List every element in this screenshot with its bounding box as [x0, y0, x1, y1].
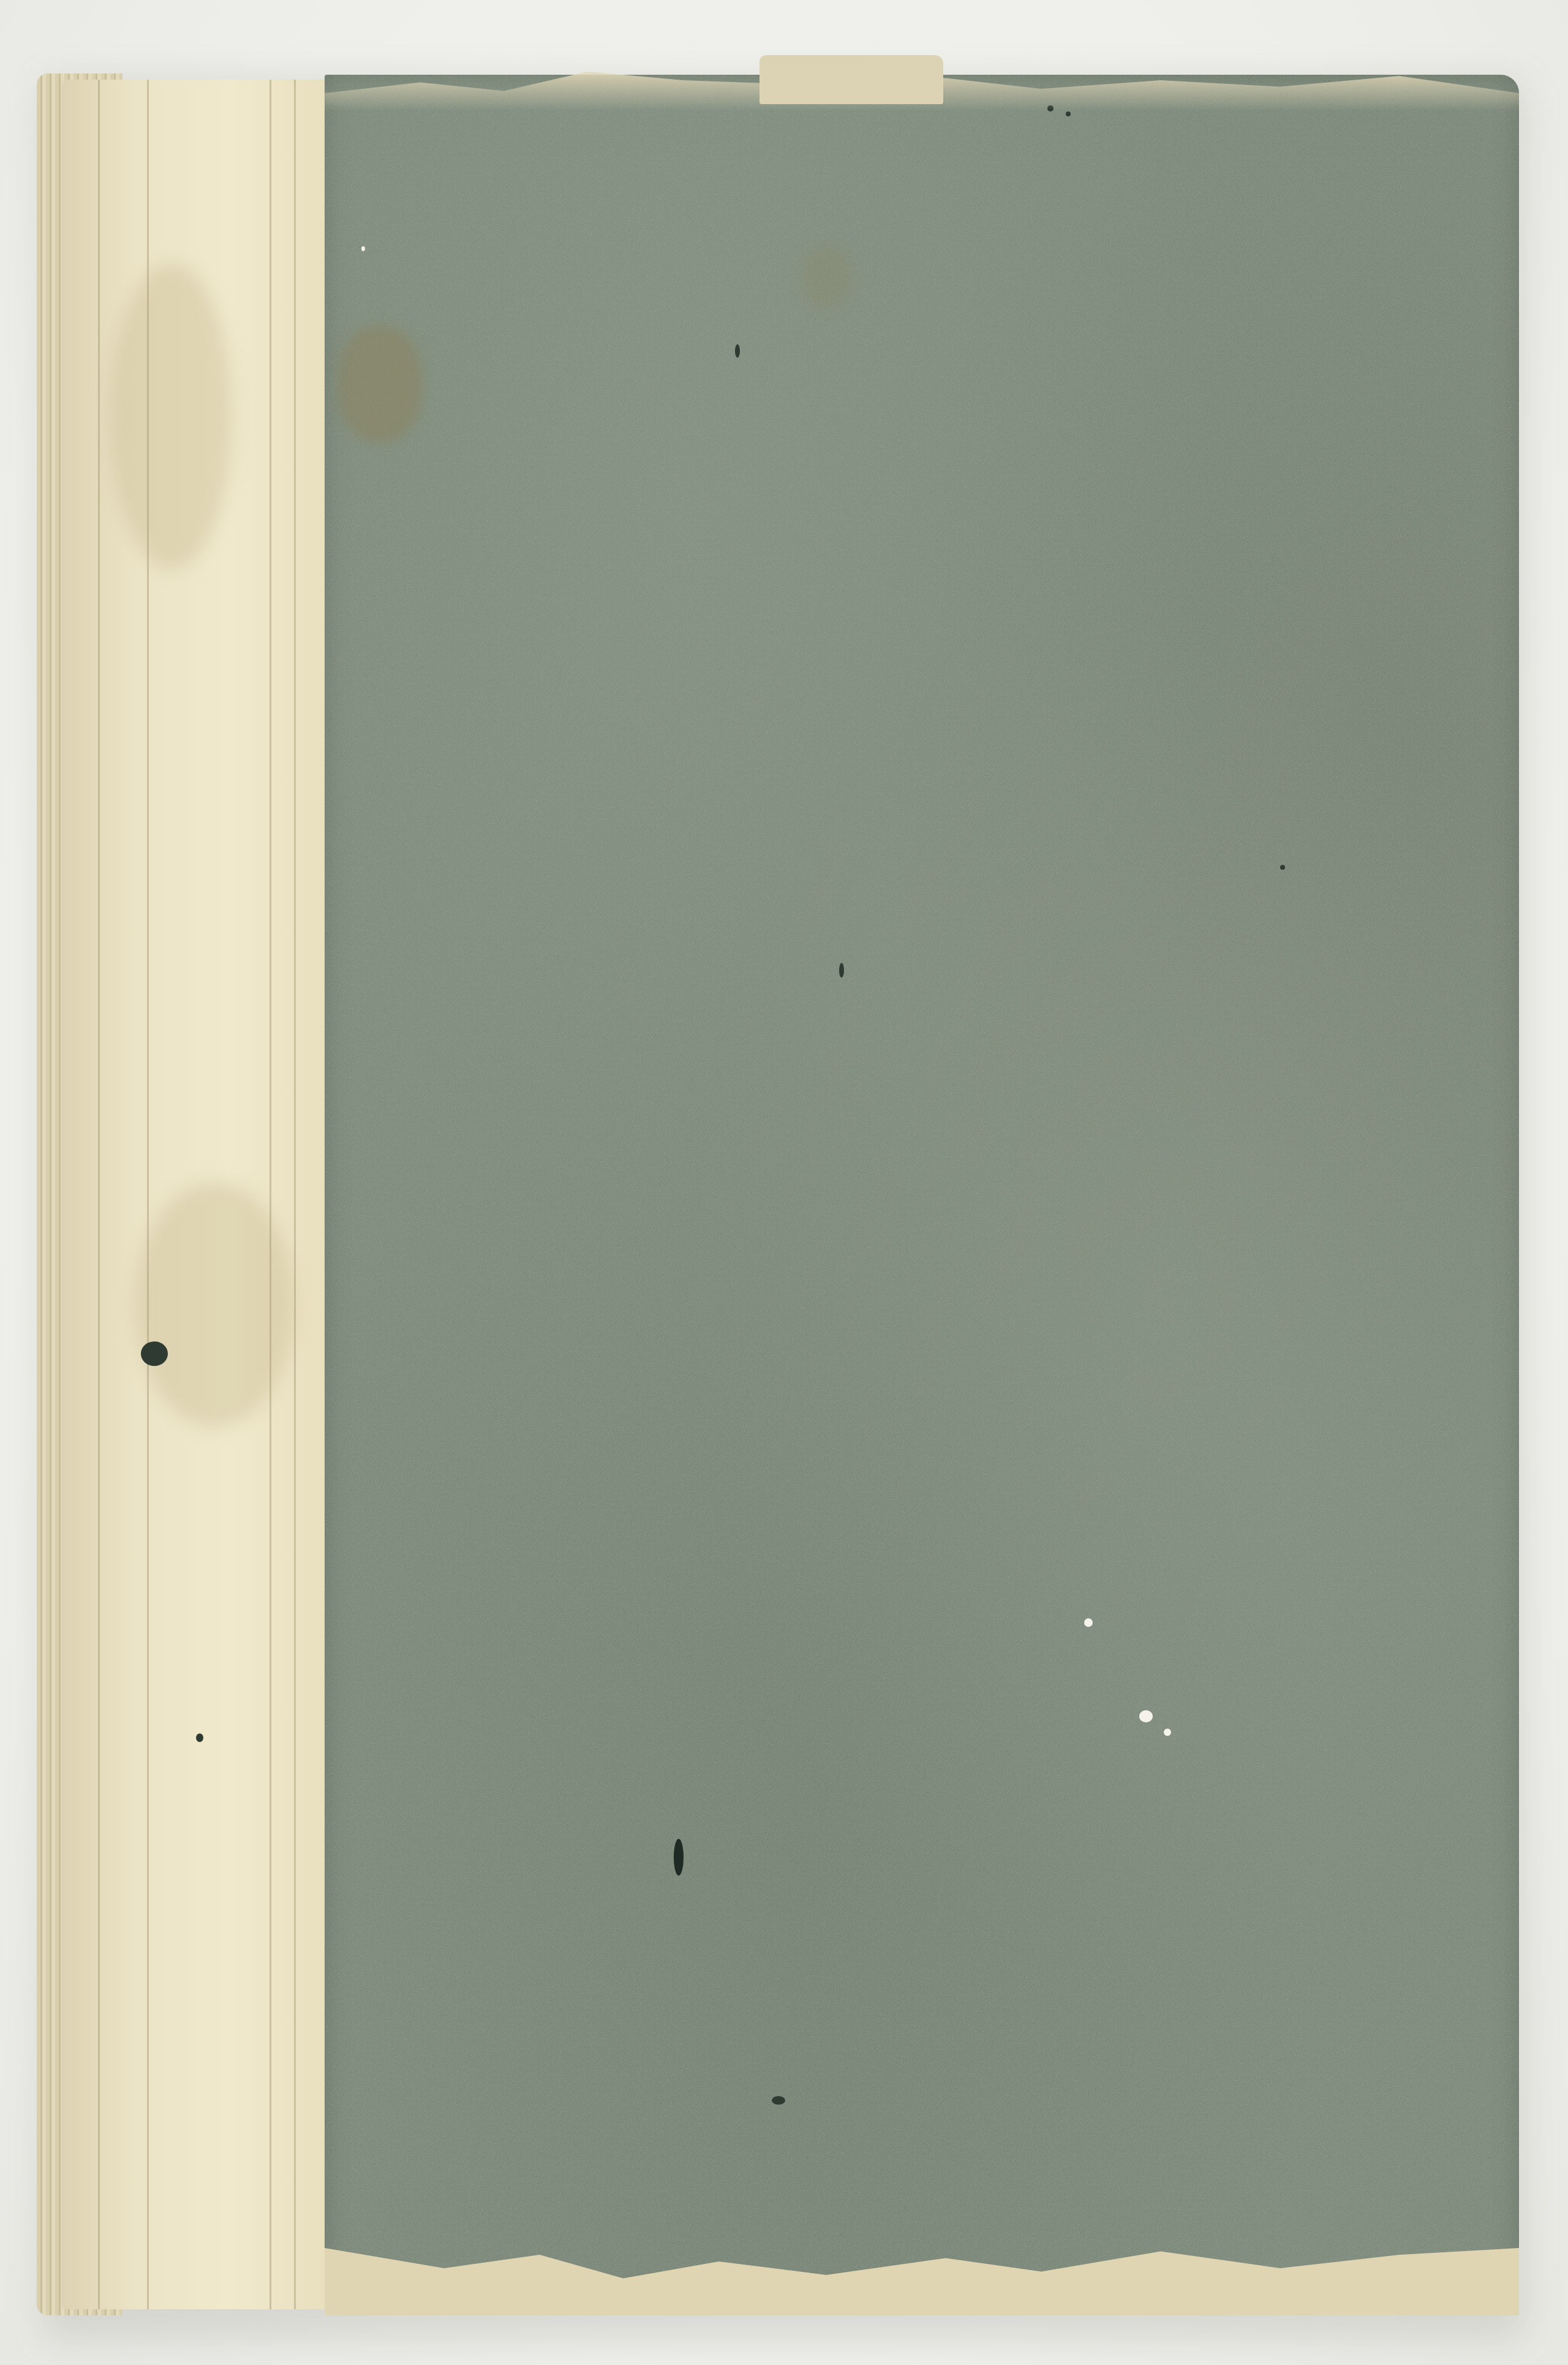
spine-crease: [294, 80, 296, 2309]
ink-spot: [674, 1839, 684, 1876]
paper-texture: [325, 75, 1519, 2298]
torn-paper-tab: [759, 55, 943, 104]
cover-board: [325, 75, 1519, 2298]
ink-spot: [196, 1733, 203, 1742]
water-stain: [802, 246, 851, 307]
ink-spot: [1066, 111, 1071, 116]
light-speck: [361, 246, 365, 251]
spine-crease: [269, 80, 271, 2309]
light-speck: [1164, 1729, 1171, 1736]
ink-spot: [735, 344, 740, 358]
ink-spot: [1280, 865, 1285, 870]
light-speck: [1139, 1710, 1153, 1722]
spine-crease: [98, 80, 100, 2309]
spine-stain: [110, 263, 233, 570]
light-speck: [1084, 1618, 1093, 1627]
spine-stain: [135, 1182, 294, 1427]
spine-paper: [61, 80, 367, 2309]
book: [37, 67, 1519, 2328]
ink-spot: [141, 1341, 168, 1366]
ink-spot: [839, 963, 844, 978]
ink-spot: [772, 2096, 785, 2105]
water-stain: [337, 326, 423, 442]
